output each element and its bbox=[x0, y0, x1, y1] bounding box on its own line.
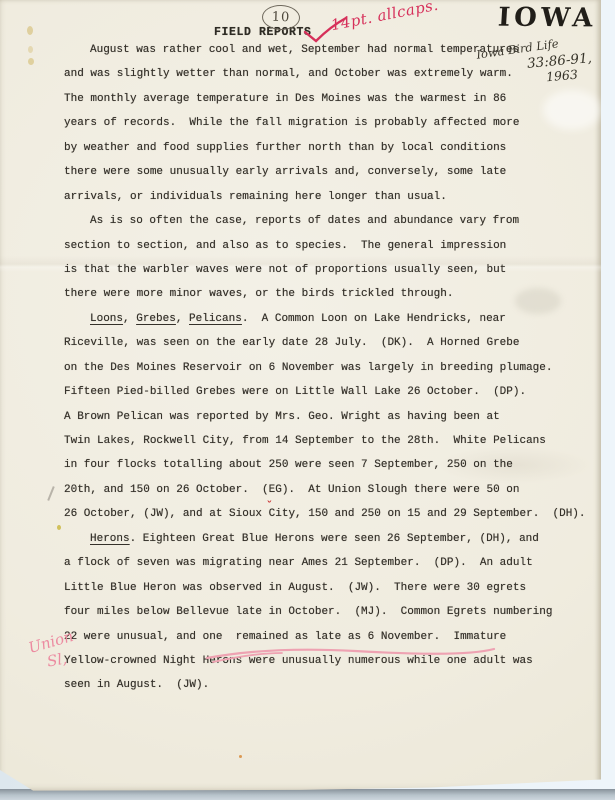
typed-line: As is so often the case, reports of date… bbox=[64, 215, 604, 239]
typed-line: seen in August. (JW). bbox=[64, 679, 604, 703]
typed-line: A Brown Pelican was reported by Mrs. Geo… bbox=[64, 411, 604, 435]
species-section-heading: Grebes bbox=[136, 313, 176, 325]
proofreader-caron-mark: C bbox=[269, 508, 276, 520]
pencil-slash-mark bbox=[47, 486, 54, 501]
typed-line: Riceville, was seen on the early date 28… bbox=[64, 337, 604, 361]
species-section-heading: Herons bbox=[90, 533, 130, 545]
typed-line: is that the warbler waves were not of pr… bbox=[64, 264, 604, 288]
typed-line: a flock of seven was migrating near Ames… bbox=[64, 557, 604, 581]
typed-line: Yellow-crowned Night Herons were unusual… bbox=[64, 655, 604, 679]
scanned-page: FIELD REPORTS August was rather cool and… bbox=[0, 0, 601, 793]
citation-year: 1963 bbox=[545, 67, 578, 85]
typed-line: and was slightly wetter than normal, and… bbox=[64, 68, 604, 92]
typed-line: by weather and food supplies further nor… bbox=[64, 142, 604, 166]
typed-line: Twin Lakes, Rockwell City, from 14 Septe… bbox=[64, 435, 604, 459]
typed-text-block: August was rather cool and wet, Septembe… bbox=[64, 44, 604, 704]
typed-text: . Eighteen Great Blue Herons were seen 2… bbox=[130, 533, 539, 545]
typed-line: in four flocks totalling about 250 were … bbox=[64, 459, 604, 483]
typed-line: on the Des Moines Reservoir on 6 Novembe… bbox=[64, 362, 604, 386]
typed-line: Herons. Eighteen Great Blue Herons were … bbox=[64, 533, 604, 557]
margin-note-union-slough: Sl, bbox=[46, 649, 69, 670]
typed-line: The monthly average temperature in Des M… bbox=[64, 93, 604, 117]
typed-line: Fifteen Pied-billed Grebes were on Littl… bbox=[64, 386, 604, 410]
typed-line: arrivals, or individuals remaining here … bbox=[64, 191, 604, 215]
typed-line: years of records. While the fall migrati… bbox=[64, 117, 604, 141]
typed-line: Loons, Grebes, Pelicans. A Common Loon o… bbox=[64, 313, 604, 337]
ink-speck bbox=[239, 755, 242, 758]
typed-text: , bbox=[123, 313, 136, 325]
state-label-handwritten: IOWA bbox=[497, 3, 597, 34]
typed-text: ity, 150 and 250 on 15 and 29 September.… bbox=[275, 508, 585, 520]
page-number-text: 10 bbox=[271, 10, 290, 26]
scanned-document-scene: FIELD REPORTS August was rather cool and… bbox=[0, 0, 615, 800]
scan-background-edge bbox=[0, 789, 615, 800]
typed-line: section to section, and also as to speci… bbox=[64, 240, 604, 264]
typed-text: , bbox=[176, 313, 189, 325]
typed-line: there were some unusually early arrivals… bbox=[64, 166, 604, 190]
tape-stain bbox=[27, 26, 33, 35]
tape-stain bbox=[28, 58, 34, 65]
typed-text: 26 October, (JW), and at Sioux bbox=[64, 508, 269, 520]
ink-speck bbox=[57, 525, 61, 530]
typed-text: . A Common Loon on Lake Hendricks, near bbox=[242, 313, 506, 325]
typed-line: four miles below Bellevue late in Octobe… bbox=[64, 606, 604, 630]
species-section-heading: Pelicans bbox=[189, 313, 242, 325]
typed-line: 26 October, (JW), and at Sioux City, 150… bbox=[64, 508, 604, 532]
tape-stain bbox=[28, 46, 33, 53]
typed-line: 20th, and 150 on 26 October. (EG). At Un… bbox=[64, 484, 604, 508]
typed-line: 22 were unusual, and one remained as lat… bbox=[64, 631, 604, 655]
typed-line: there were more minor waves, or the bird… bbox=[64, 288, 604, 312]
editor-note-red: 14pt. allcaps. bbox=[329, 0, 440, 34]
page-title: FIELD REPORTS bbox=[214, 26, 312, 39]
species-section-heading: Loons bbox=[90, 313, 123, 325]
typed-line: Little Blue Heron was observed in August… bbox=[64, 582, 604, 606]
